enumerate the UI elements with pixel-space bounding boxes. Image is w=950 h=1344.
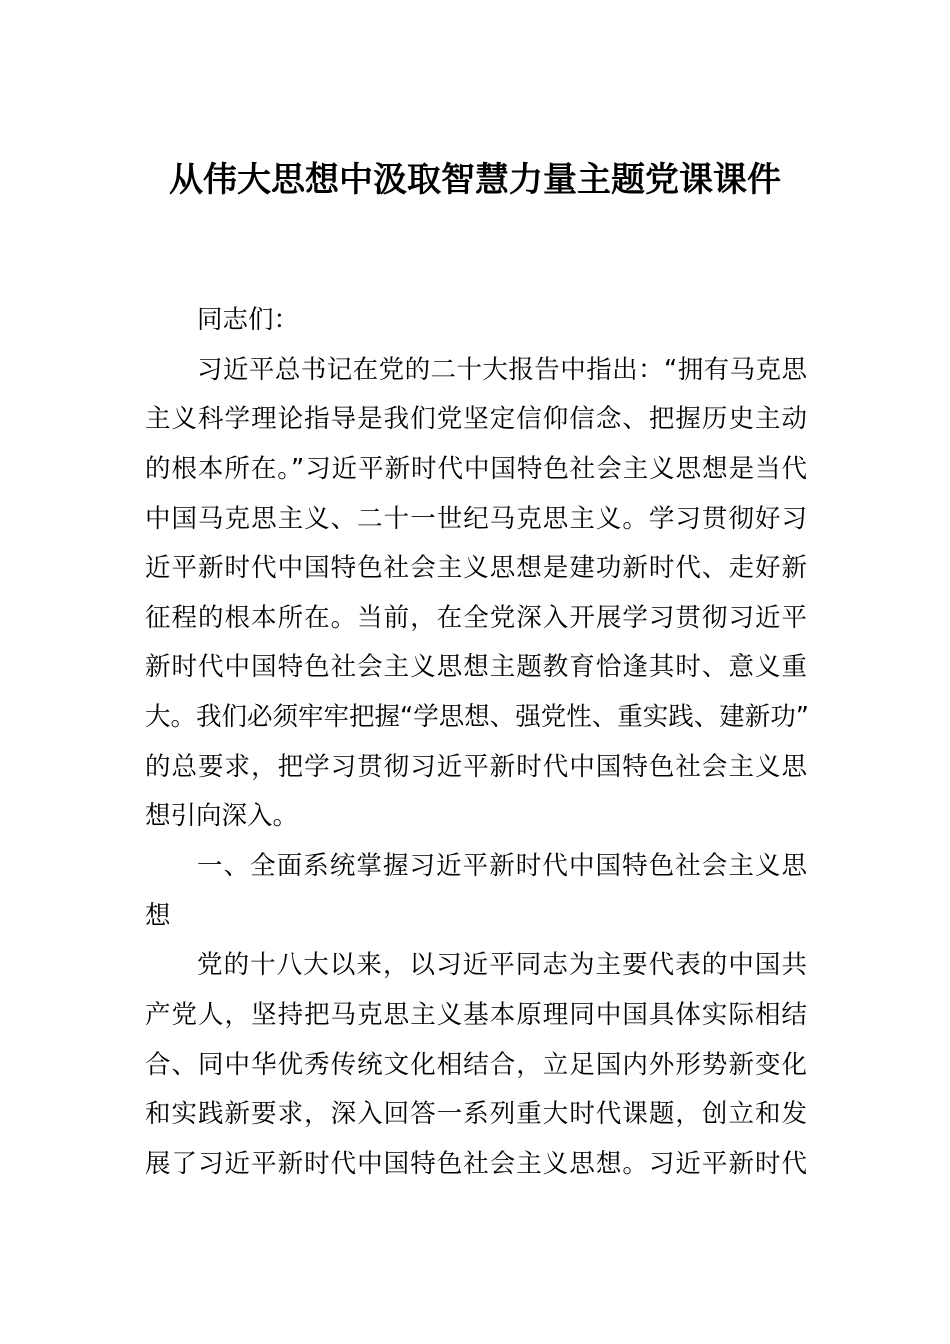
salutation-line: 同志们：	[145, 296, 807, 346]
document-title: 从伟大思想中汲取智慧力量主题党课课件	[0, 154, 950, 206]
document-body: 同志们： 习近平总书记在党的二十大报告中指出：“拥有马克思 主义科学理论指导是我…	[145, 296, 807, 1190]
paragraph-1-line: 的总要求，把学习贯彻习近平新时代中国特色社会主义思	[145, 743, 807, 793]
section-heading-line: 一、全面系统掌握习近平新时代中国特色社会主义思	[145, 842, 807, 892]
paragraph-1-line: 征程的根本所在。当前，在全党深入开展学习贯彻习近平	[145, 594, 807, 644]
paragraph-1-line: 近平新时代中国特色社会主义思想是建功新时代、走好新	[145, 544, 807, 594]
paragraph-1-line: 习近平总书记在党的二十大报告中指出：“拥有马克思	[145, 346, 807, 396]
paragraph-1-line: 想引向深入。	[145, 792, 807, 842]
section-heading-line: 想	[145, 892, 807, 942]
paragraph-2-line: 党的十八大以来，以习近平同志为主要代表的中国共	[145, 941, 807, 991]
paragraph-1-line: 的根本所在。”习近平新时代中国特色社会主义思想是当代	[145, 445, 807, 495]
paragraph-1-line: 主义科学理论指导是我们党坚定信仰信念、把握历史主动	[145, 395, 807, 445]
paragraph-2-line: 产党人，坚持把马克思主义基本原理同中国具体实际相结	[145, 991, 807, 1041]
paragraph-2-line: 展了习近平新时代中国特色社会主义思想。习近平新时代	[145, 1140, 807, 1190]
paragraph-2-line: 和实践新要求，深入回答一系列重大时代课题，创立和发	[145, 1090, 807, 1140]
paragraph-2-line: 合、同中华优秀传统文化相结合，立足国内外形势新变化	[145, 1041, 807, 1091]
paragraph-1-line: 大。我们必须牢牢把握“学思想、强党性、重实践、建新功”	[145, 693, 807, 743]
paragraph-1-line: 中国马克思主义、二十一世纪马克思主义。学习贯彻好习	[145, 495, 807, 545]
document-page: 从伟大思想中汲取智慧力量主题党课课件 同志们： 习近平总书记在党的二十大报告中指…	[0, 0, 950, 1344]
paragraph-1-line: 新时代中国特色社会主义思想主题教育恰逢其时、意义重	[145, 643, 807, 693]
